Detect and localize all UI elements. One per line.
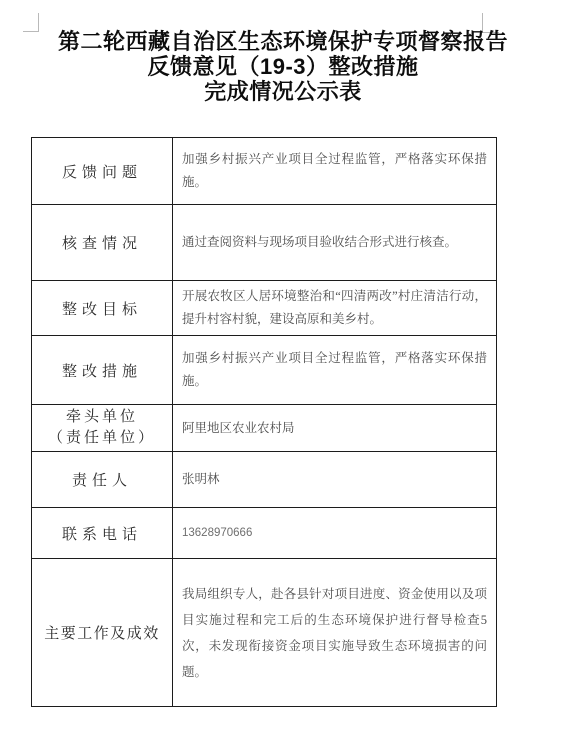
document-title: 第二轮西藏自治区生态环境保护专项督察报告 反馈意见（19-3）整改措施 完成情况… — [0, 29, 566, 104]
row-label-responsible-person: 责任人 — [32, 452, 173, 508]
document-page: 第二轮西藏自治区生态环境保护专项督察报告 反馈意见（19-3）整改措施 完成情况… — [0, 0, 566, 733]
row-content-lead-unit: 阿里地区农业农村局 — [173, 405, 497, 452]
rectification-info-table: 反馈问题 加强乡村振兴产业项目全过程监管，严格落实环保措施。 核查情况 通过查阅… — [31, 137, 497, 707]
row-content-feedback-issue: 加强乡村振兴产业项目全过程监管，严格落实环保措施。 — [173, 138, 497, 205]
lead-unit-label-line-2: （责任单位） — [32, 428, 172, 449]
table-row-contact-phone: 联系电话 13628970666 — [32, 508, 497, 559]
row-label-rectification-measures: 整改措施 — [32, 336, 173, 405]
table-row-lead-unit: 牵头单位 （责任单位） 阿里地区农业农村局 — [32, 405, 497, 452]
row-content-main-work-results: 我局组织专人，赴各县针对项目进度、资金使用以及项目实施过程和完工后的生态环境保护… — [173, 559, 497, 707]
table-row-rectification-goal: 整改目标 开展农牧区人居环境整治和“四清两改”村庄清洁行动，提升村容村貌，建设高… — [32, 281, 497, 336]
row-label-verification-status: 核查情况 — [32, 205, 173, 281]
table-row-responsible-person: 责任人 张明林 — [32, 452, 497, 508]
lead-unit-label-line-1: 牵头单位 — [32, 407, 172, 428]
row-label-main-work-results: 主要工作及成效 — [32, 559, 173, 707]
table-row-rectification-measures: 整改措施 加强乡村振兴产业项目全过程监管，严格落实环保措施。 — [32, 336, 497, 405]
row-content-responsible-person: 张明林 — [173, 452, 497, 508]
row-content-contact-phone: 13628970666 — [173, 508, 497, 559]
table-row-verification-status: 核查情况 通过查阅资料与现场项目验收结合形式进行核查。 — [32, 205, 497, 281]
table-row-feedback-issue: 反馈问题 加强乡村振兴产业项目全过程监管，严格落实环保措施。 — [32, 138, 497, 205]
row-label-rectification-goal: 整改目标 — [32, 281, 173, 336]
row-label-contact-phone: 联系电话 — [32, 508, 173, 559]
title-line-3: 完成情况公示表 — [0, 79, 566, 104]
row-label-feedback-issue: 反馈问题 — [32, 138, 173, 205]
title-line-2: 反馈意见（19-3）整改措施 — [0, 54, 566, 79]
table-row-main-work-results: 主要工作及成效 我局组织专人，赴各县针对项目进度、资金使用以及项目实施过程和完工… — [32, 559, 497, 707]
row-content-rectification-measures: 加强乡村振兴产业项目全过程监管，严格落实环保措施。 — [173, 336, 497, 405]
row-content-rectification-goal: 开展农牧区人居环境整治和“四清两改”村庄清洁行动，提升村容村貌，建设高原和美乡村… — [173, 281, 497, 336]
title-line-1: 第二轮西藏自治区生态环境保护专项督察报告 — [0, 29, 566, 54]
row-label-lead-unit: 牵头单位 （责任单位） — [32, 405, 173, 452]
row-content-verification-status: 通过查阅资料与现场项目验收结合形式进行核查。 — [173, 205, 497, 281]
